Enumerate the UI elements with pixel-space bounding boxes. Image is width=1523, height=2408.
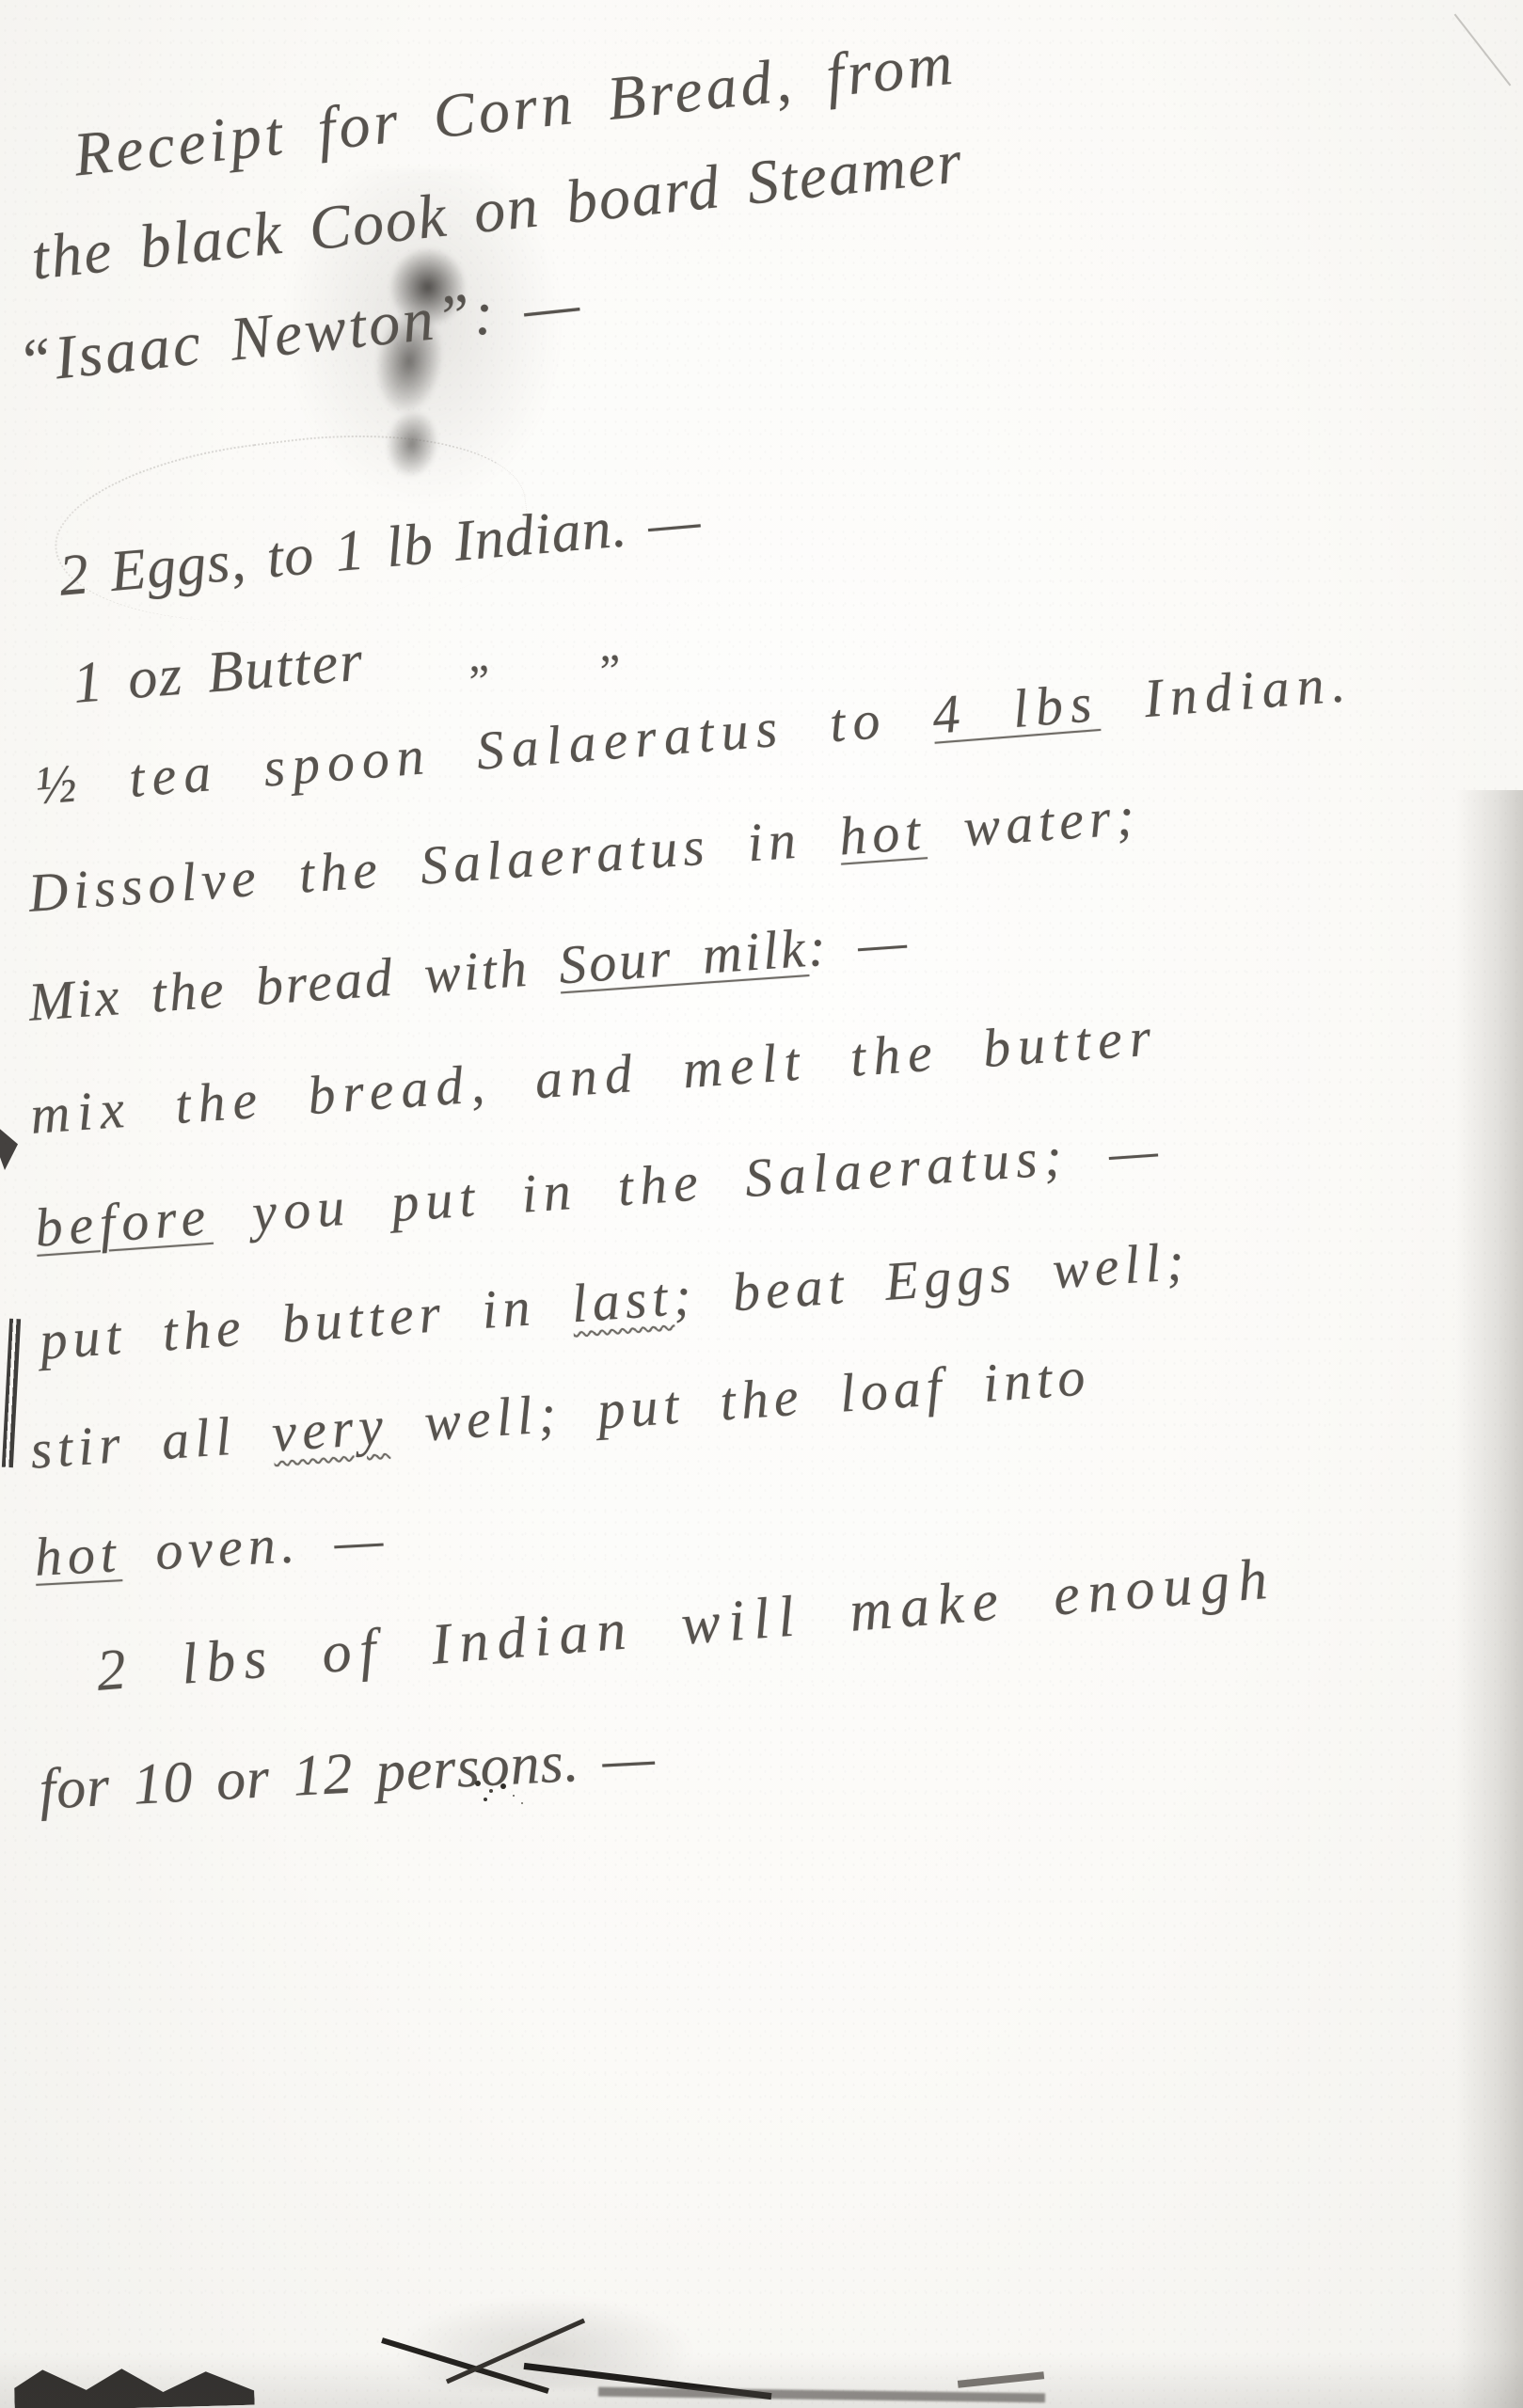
dirt-specks — [475, 1781, 481, 1786]
handwritten-line-8: Mix the bread with Sour milk: — — [26, 910, 912, 1034]
top-right-corner-crease — [1454, 14, 1512, 87]
right-edge-shading — [1455, 790, 1523, 2408]
text-segment: hot — [837, 800, 928, 866]
text-segment: water; — [924, 784, 1142, 861]
handwritten-line-12: stir all very well; put the loaf into — [28, 1344, 1092, 1481]
handwritten-line-15: for 10 or 12 persons. — — [38, 1725, 657, 1824]
text-segment: „ — [466, 628, 498, 682]
text-segment: Dissolve the Salaeratus in — [26, 806, 841, 924]
text-segment: ; beat Eggs well; — [671, 1230, 1192, 1327]
handwritten-line-9: mix the bread, and melt the butter — [28, 1005, 1160, 1147]
text-segment: last — [569, 1266, 674, 1334]
text-segment: you put in the Salaeratus; — — [210, 1118, 1166, 1246]
handwritten-line-7: Dissolve the Salaeratus in hot water; — [26, 784, 1142, 924]
text-segment: 1 oz Butter — [71, 629, 366, 716]
bottom-scan-shadow — [0, 2353, 1523, 2408]
handwritten-line-10: before you put in the Salaeratus; — — [33, 1117, 1166, 1259]
text-segment: for 10 or 12 persons. — — [38, 1726, 657, 1822]
manuscript-page: Receipt for Corn Bread, fromthe black Co… — [0, 0, 1523, 2408]
text-segment: „ — [596, 618, 628, 672]
text-segment: 4 lbs — [930, 672, 1102, 746]
text-segment: stir all — [28, 1402, 275, 1481]
text-segment: Mix the bread with — [26, 935, 561, 1033]
text-segment: : — — [805, 911, 912, 978]
text-segment: well; put the loaf into — [387, 1345, 1093, 1455]
text-segment: very — [270, 1394, 390, 1463]
text-segment: oven. — — [119, 1508, 390, 1583]
handwritten-line-13: hot oven. — — [33, 1507, 390, 1589]
text-segment: put the butter in — [38, 1273, 574, 1370]
handwritten-line-5: 1 oz Butter„„ — [71, 608, 628, 718]
stray-mark-left-2 — [2, 1319, 21, 1467]
stray-mark-left-1 — [0, 1127, 19, 1170]
text-segment: before — [33, 1185, 214, 1259]
text-segment: mix the bread, and melt the butter — [28, 1006, 1160, 1146]
text-segment: Sour milk — [557, 917, 810, 995]
text-segment: Indian. — [1096, 652, 1355, 733]
text-segment: hot — [33, 1522, 122, 1588]
